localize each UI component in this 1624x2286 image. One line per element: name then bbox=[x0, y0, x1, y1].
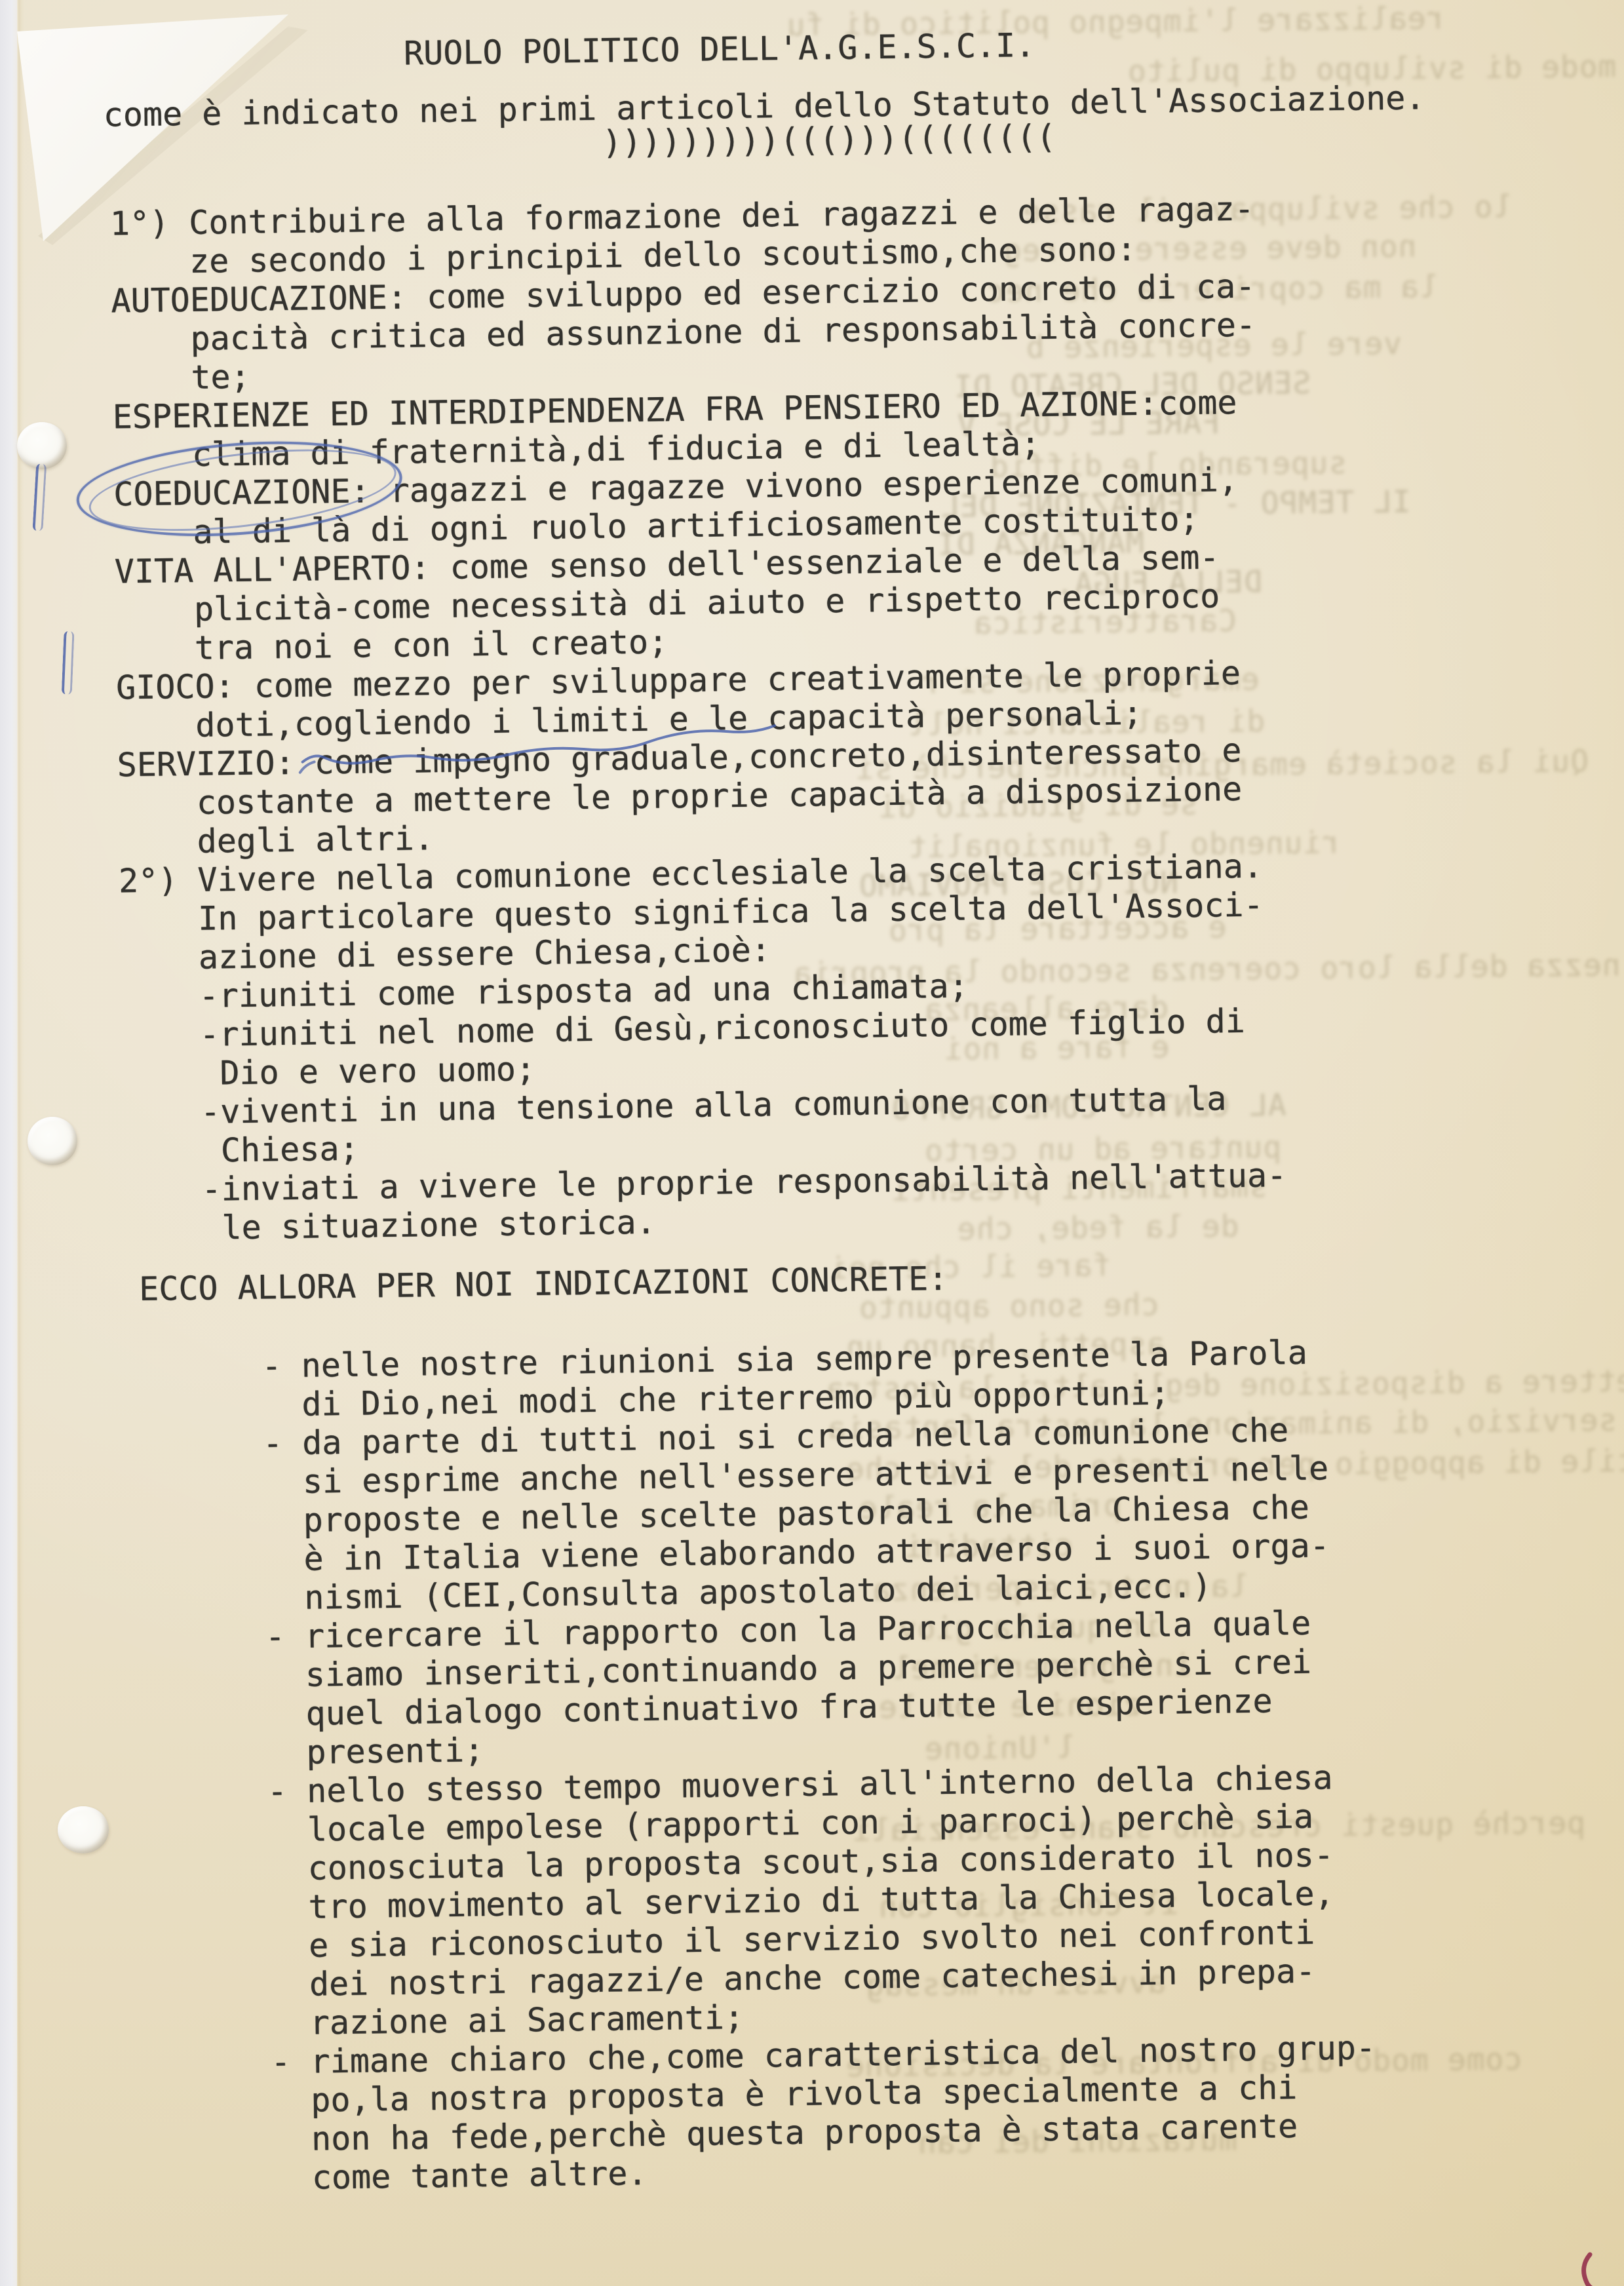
pen-margin-mark bbox=[32, 464, 47, 532]
page-title: RUOLO POLITICO DELL'A.G.E.S.C.I. bbox=[107, 26, 1035, 77]
pen-margin-mark bbox=[62, 631, 75, 695]
document-scan: realizzare l'impegno politico di fumode … bbox=[0, 0, 1624, 2286]
body-text: 1°) Contribuire alla formazione dei raga… bbox=[109, 189, 1287, 1249]
red-pen-mark bbox=[1570, 2252, 1603, 2286]
typed-text-layer: RUOLO POLITICO DELL'A.G.E.S.C.I. come è … bbox=[0, 0, 1624, 2286]
section-heading: ECCO ALLORA PER NOI INDICAZIONI CONCRETE… bbox=[139, 1260, 948, 1309]
bullet-text: - nelle nostre riunioni sia sempre prese… bbox=[123, 1332, 1377, 2199]
